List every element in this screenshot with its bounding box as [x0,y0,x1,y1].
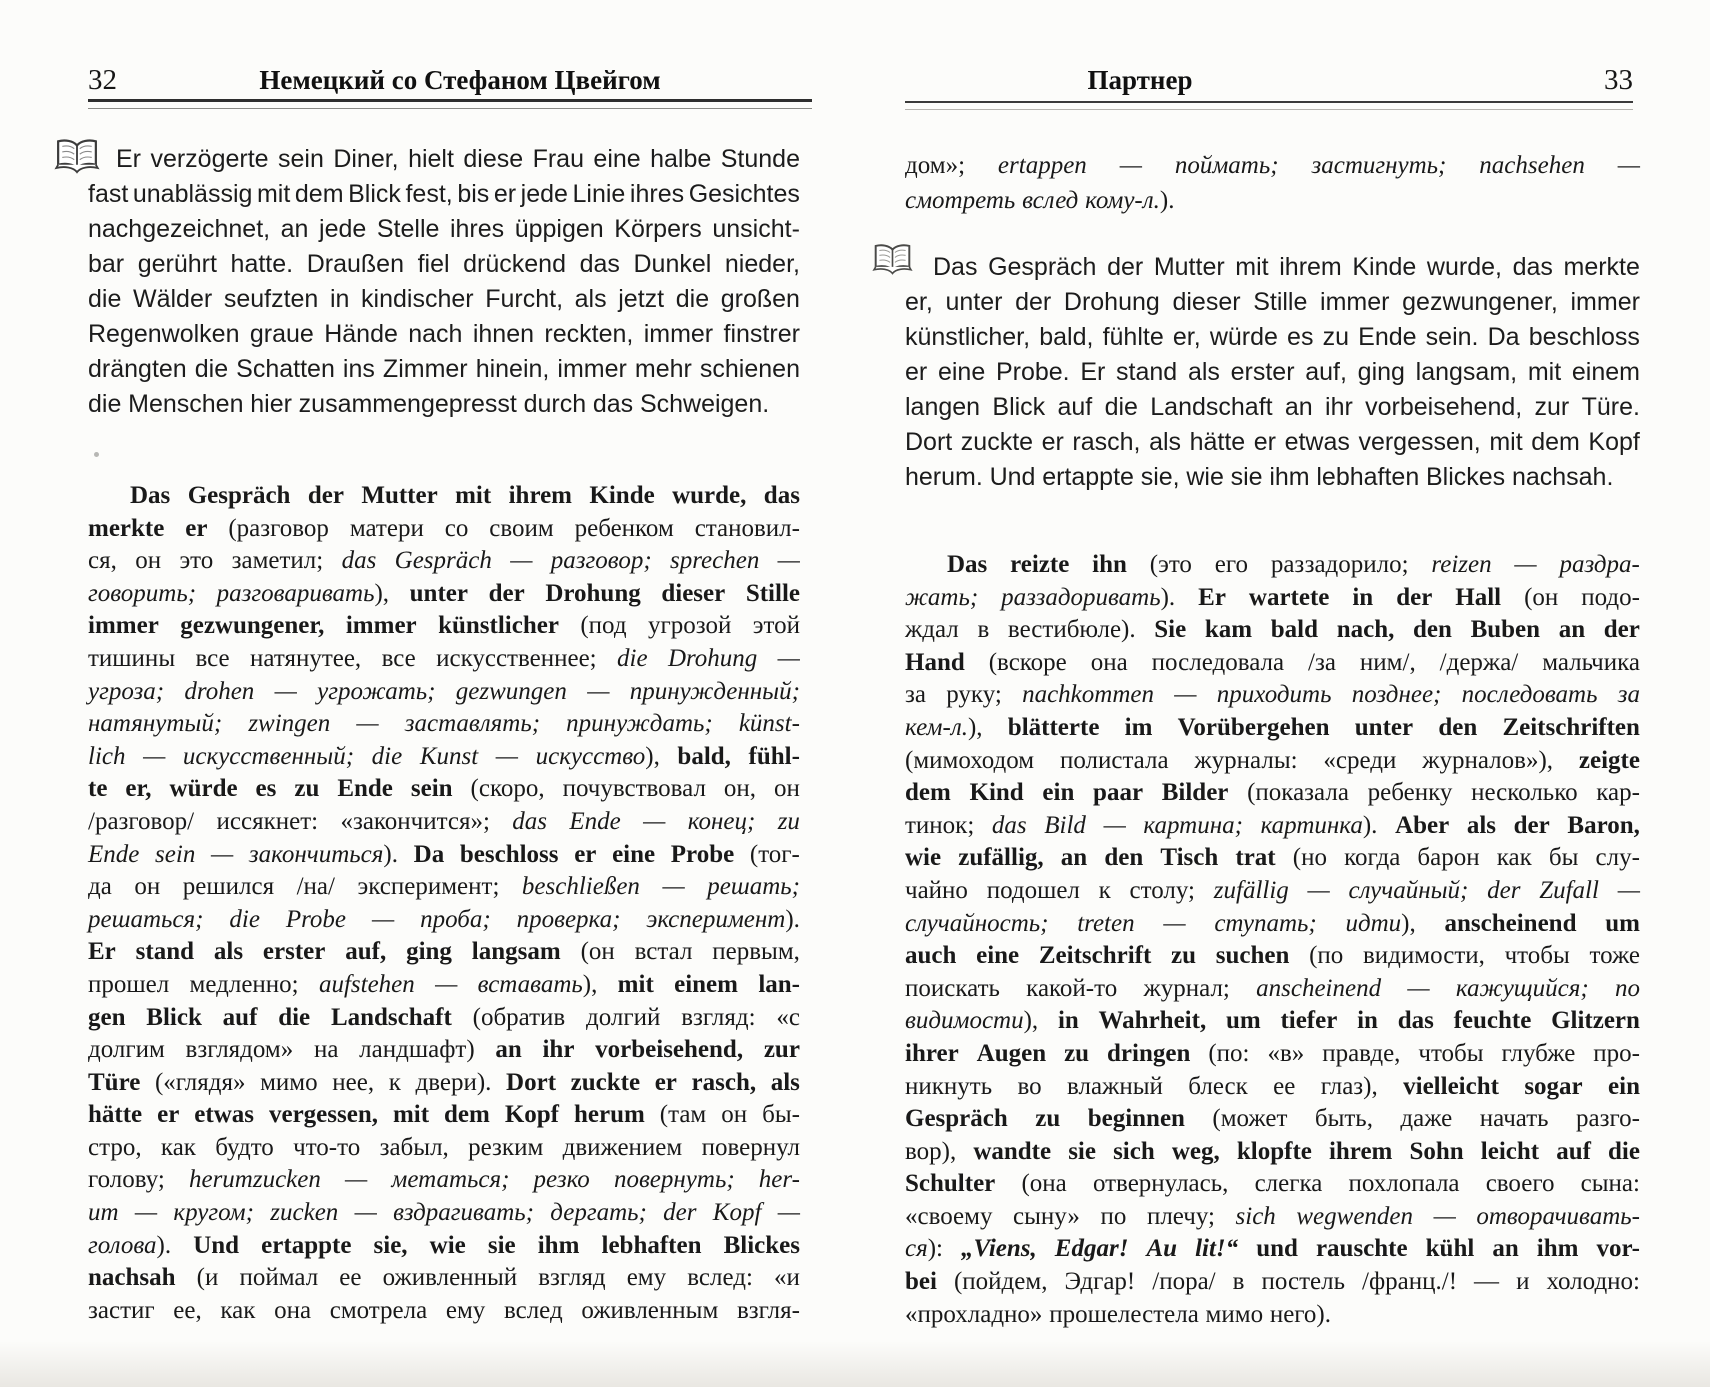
left-running-title: Немецкий со Стефаном Цвейгом [110,64,810,96]
right-german-paragraph: DasGesprächderMuttermitihremKindewurde,d… [905,250,1640,495]
text-line: RegenwolkengraueHändenachihnenreckten,im… [88,317,800,352]
left-mixed-paragraph: DasGesprächderMuttermitihremKindewurde,d… [88,480,800,1327]
book-scan-spread: 32 Немецкий со Стефаном Цвейгом Erverzög… [0,0,1710,1387]
left-german-paragraph: ErverzögerteseinDiner,hieltdieseFraueine… [88,142,800,422]
text-line: ждалввестибюле).Siekambaldnach,denBubena… [905,614,1640,647]
text-line: Türe(«глядя»мимонее,кдвери).Dortzuckteer… [88,1067,800,1100]
text-line: даонрешился/на/эксперимент;beschließen—р… [88,871,800,904]
right-page-number: 33 [1450,64,1633,96]
text-line: Erstandalsersterauf,ginglangsam(онвсталп… [88,936,800,969]
text-line: nachsah(ипоймалееоживленныйвзглядемувсле… [88,1262,800,1295]
text-line: чайноподошелкстолу;zufällig—случайный;de… [905,875,1640,908]
text-line: bei(пойдем,Эдгар!/пора/впостель/франц./!… [905,1266,1640,1299]
text-line: ereineProbe.Erstandalsersterauf,ginglang… [905,355,1640,390]
text-line: ся,онэтозаметил;dasGespräch—разговор;spr… [88,545,800,578]
text-line: wiezufällig,andenTischtrat(нокогдабаронк… [905,842,1640,875]
text-line: никнутьвовлажныйблескееглаз),vielleichts… [905,1071,1640,1104]
text-line: hätteeretwasvergessen,mitdemKopfherum(та… [88,1099,800,1132]
text-line: /разговор/иссякнет:«закончится»;dasEnde—… [88,806,800,839]
text-line: aucheineZeitschriftzusuchen(повидимости,… [905,940,1640,973]
left-header-rule [88,99,812,109]
text-line: Gesprächzubeginnen(можетбыть,даженачатьр… [905,1103,1640,1136]
text-line: herum.Undertapptesie,wiesieihmlebhaftenB… [905,460,1640,495]
text-line: тишинывсенатянутее,всеискусственнее;dieD… [88,643,800,676]
text-line: жать;раззадоривать).ErwarteteinderHall(о… [905,582,1640,615]
text-line: «прохладно»прошелестеламимонего). [905,1299,1640,1332]
right-header-rule [905,101,1633,110]
text-line: поискатькакой-тожурнал;anscheinend—кажущ… [905,973,1640,1006]
scan-speck [94,452,99,457]
text-line: Endesein—закончиться).DabeschlossereineP… [88,839,800,872]
text-line: натянутый;zwingen—заставлять;принуждать;… [88,708,800,741]
text-line: «своемусыну»поплечу;sichwegwenden—отвора… [905,1201,1640,1234]
text-line: голова).Undertapptesie,wiesieihmlebhafte… [88,1230,800,1263]
text-line: dieWälderseufzteninkindischerFurcht,alsj… [88,282,800,317]
right-running-title: Партнер [905,64,1375,96]
text-line: nachgezeichnet,anjedeStelleihresüppigenK… [88,212,800,247]
text-line: demKindeinpaarBilder(показаларебенкунеск… [905,777,1640,810]
text-line: ся):„Viens,Edgar!Aulit!“undrauschtekühla… [905,1233,1640,1266]
right-mixed-paragraph: Dasreizteihn(этоегораззадорило;reizen—ра… [905,549,1640,1331]
text-line: видимости),inWahrheit,umtieferindasfeuch… [905,1005,1640,1038]
text-line: дом»;ertappen—поймать;застигнуть;nachseh… [905,148,1640,183]
text-line: genBlickaufdieLandschaft(обративдолгийвз… [88,1002,800,1035]
text-line: bargerührthatte.DraußenfieldrückenddasDu… [88,247,800,282]
text-line: DasGesprächderMuttermitihremKindewurde,d… [905,250,1640,285]
text-line: вор),wandtesiesichweg,klopfteihremSohnle… [905,1136,1640,1169]
text-line: говорить;разговаривать),unterderDrohungd… [88,578,800,611]
right-continuation-paragraph: дом»;ertappen—поймать;застигнуть;nachseh… [905,148,1640,218]
text-line: Dasreizteihn(этоегораззадорило;reizen—ра… [905,549,1640,582]
text-line: künstlicher,bald,fühlteer,würdeeszuEndes… [905,320,1640,355]
text-line: долгимвзглядом»наландшафт)anihrvorbeiseh… [88,1034,800,1067]
text-line: um—кругом;zucken—вздрагивать;дергать;der… [88,1197,800,1230]
text-line: fastunablässigmitdemBlickfest,biserjedeL… [88,177,800,212]
text-line: drängtendieSchatteninsZimmerhinein,immer… [88,352,800,387]
text-line: ErverzögerteseinDiner,hieltdieseFraueine… [88,142,800,177]
text-line: застигее,каконасмотрелаемувследоживленны… [88,1295,800,1328]
text-line: кем-л.),blätterteimVorübergehenunterdenZ… [905,712,1640,745]
text-line: lich—искусственный;dieKunst—искусство),b… [88,741,800,774]
text-line: заруку;nachkommen—приходитьпозднее;после… [905,679,1640,712]
text-line: dieMenschenhierzusammengepresstdurchdasS… [88,387,800,422]
text-line: угроза;drohen—угрожать;gezwungen—принужд… [88,676,800,709]
text-line: решаться;dieProbe—проба;проверка;экспери… [88,904,800,937]
text-line: Hand(вскореонапоследовала/заним/,/держа/… [905,647,1640,680]
text-line: смотретьвследкому-л.). [905,183,1640,218]
text-line: (мимоходомполисталажурналы:«средижурнало… [905,745,1640,778]
text-line: Dortzuckteerrasch,alshätteeretwasvergess… [905,425,1640,460]
scan-bottom-shadow [0,1341,1710,1387]
text-line: случайность;treten—ступать;идти),anschei… [905,908,1640,941]
text-line: ihrerAugenzudringen(по:«в»правде,чтобыгл… [905,1038,1640,1071]
text-line: merkteer(разговорматерисосвоимребенкомст… [88,513,800,546]
text-line: прошелмедленно;aufstehen—вставать),mitei… [88,969,800,1002]
text-line: er,unterderDrohungdieserStilleimmergezwu… [905,285,1640,320]
text-line: Schulter(онаотвернулась,слегкапохлопалас… [905,1168,1640,1201]
text-line: langenBlickaufdieLandschaftanihrvorbeise… [905,390,1640,425]
text-line: стро,какбудточто-тозабыл,резкимдвижением… [88,1132,800,1165]
text-line: immergezwungener,immerkünstlicher(подугр… [88,610,800,643]
text-line: teer,würdeeszuEndesein(скоро,почувствова… [88,773,800,806]
text-line: тинок;dasBild—картина;картинка).Aberalsd… [905,810,1640,843]
text-line: DasGesprächderMuttermitihremKindewurde,d… [88,480,800,513]
text-line: голову;herumzucken—метаться;резкоповерну… [88,1164,800,1197]
